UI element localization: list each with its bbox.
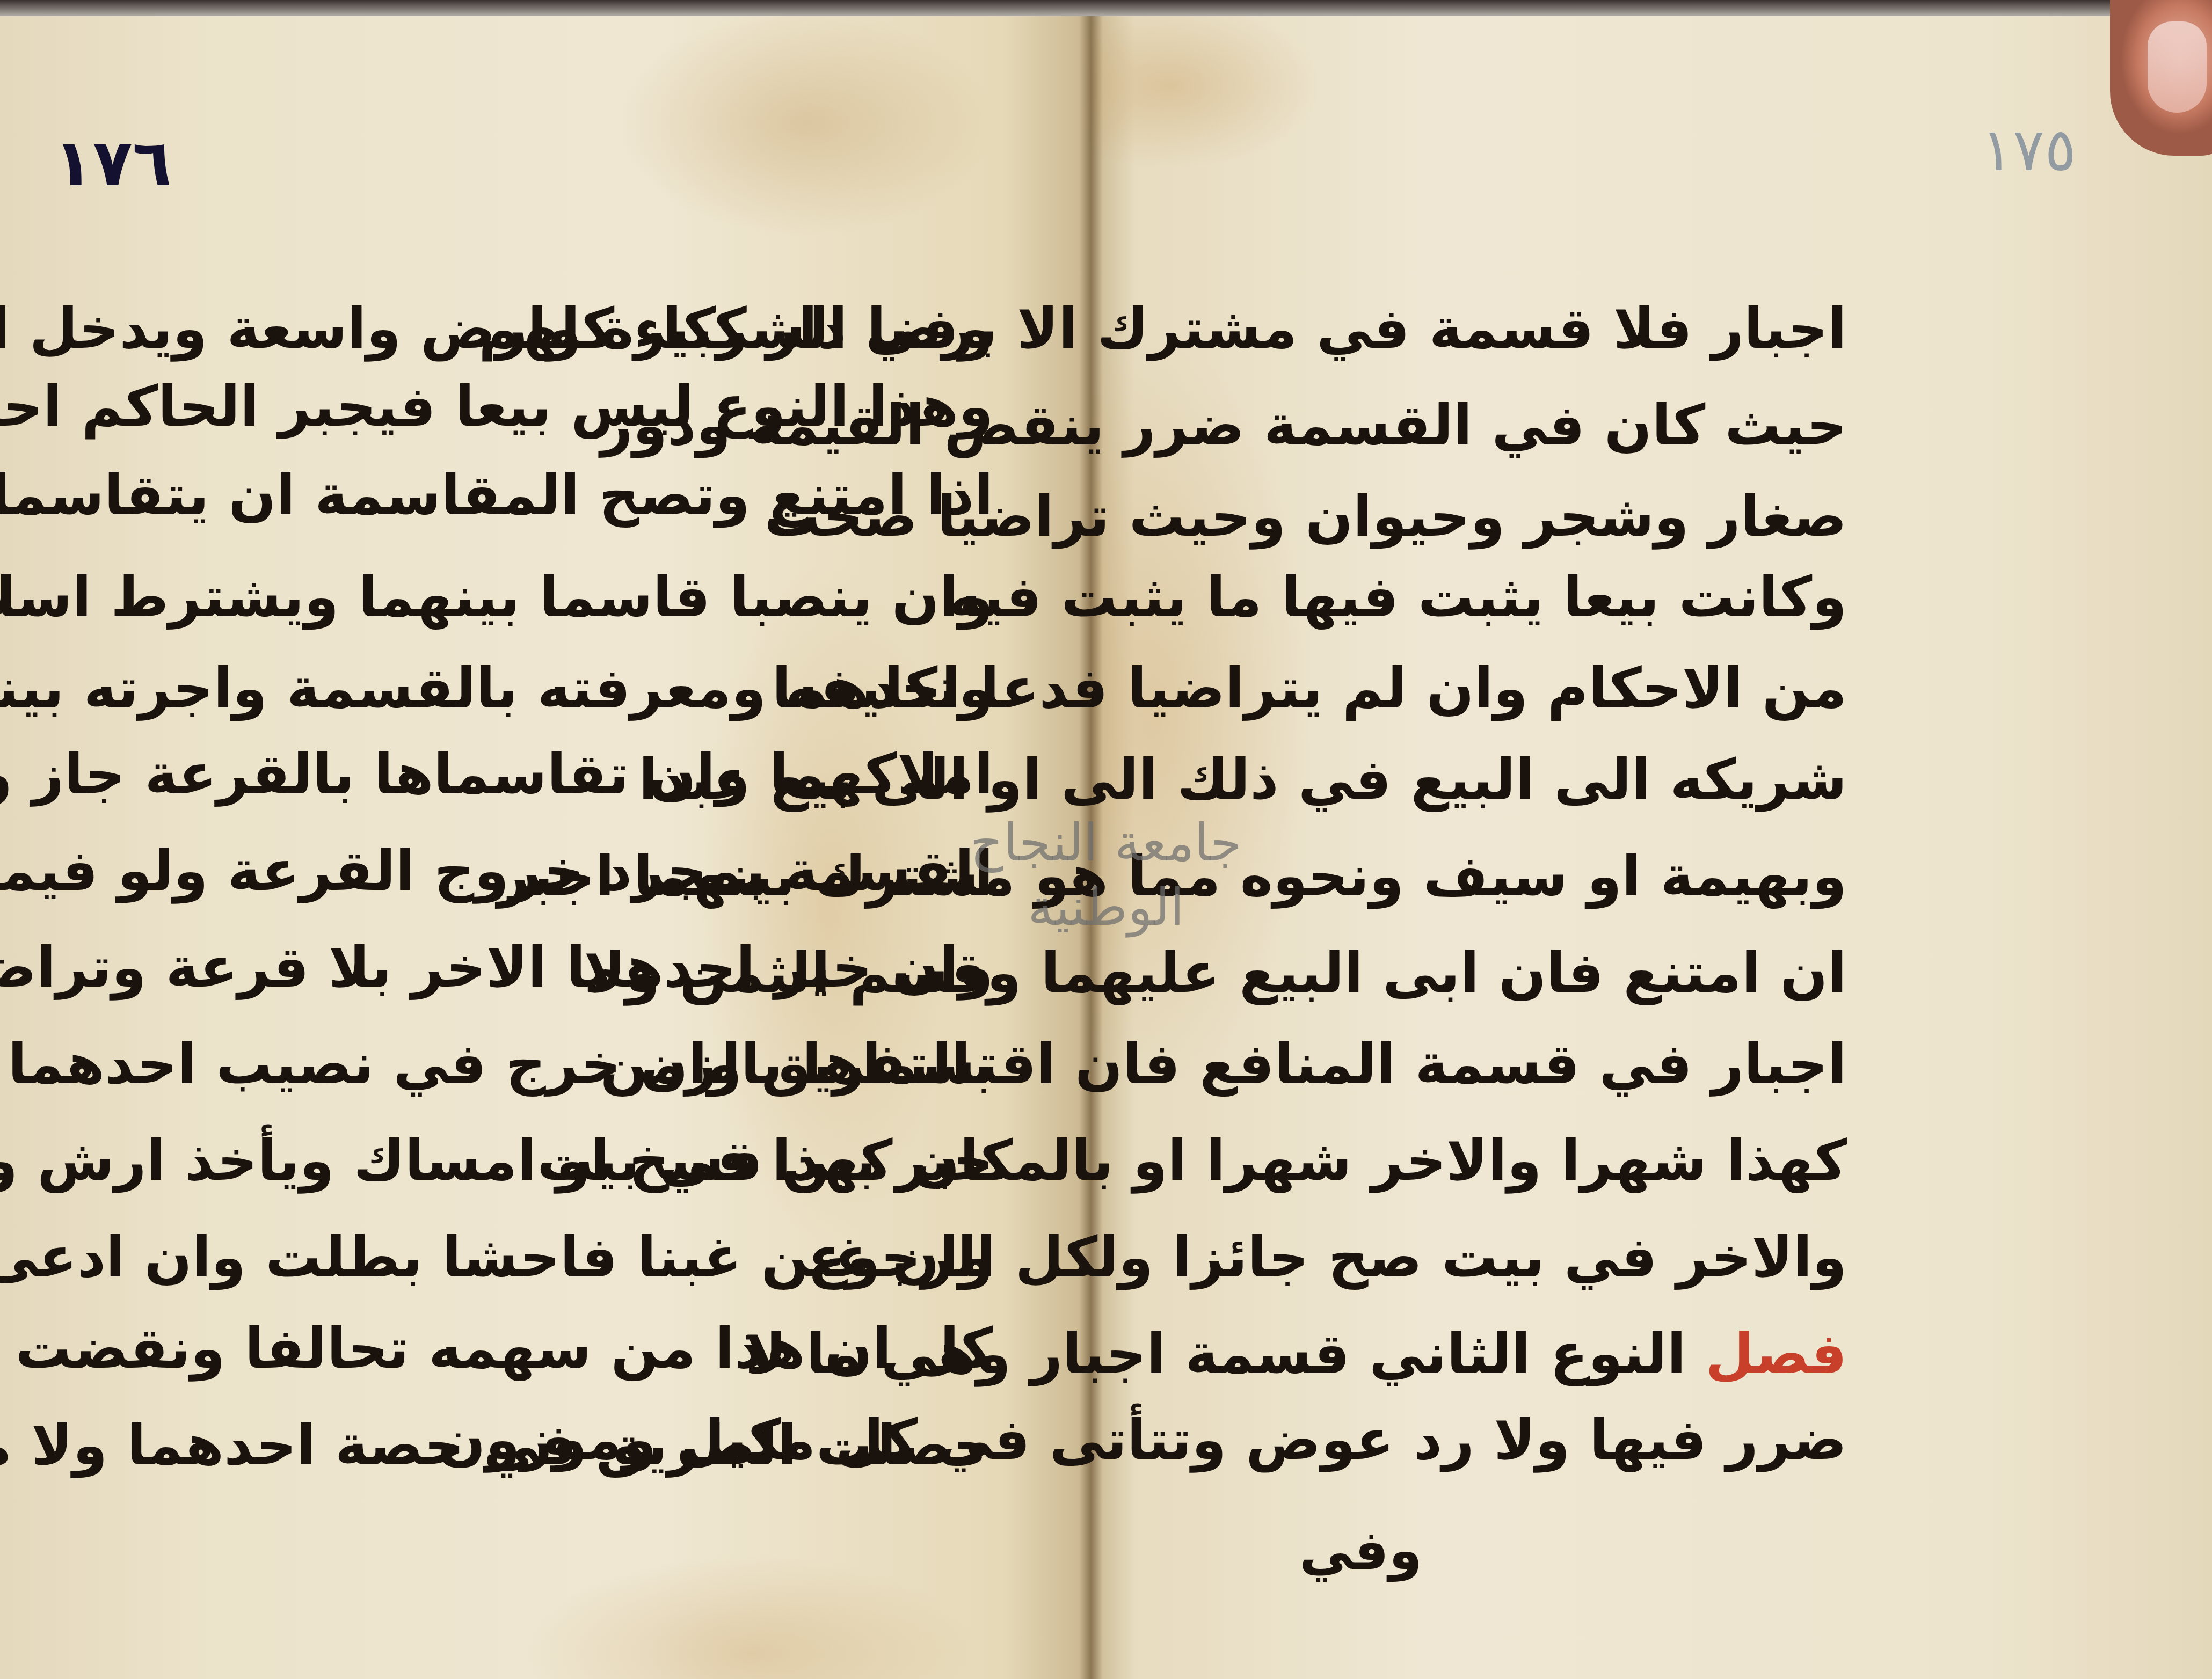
- text-line: ضرر فيها ولا رد عوض وتتأتى في كل مكيل وم…: [438, 1412, 1847, 1468]
- section-rubric: فصل: [1706, 1321, 1847, 1386]
- text-line: كهذا شهرا والاخر شهرا او بالمكان كهذا في…: [537, 1133, 1847, 1188]
- section-heading-line: فصل النوع الثاني قسمة اجبار وهي ما لا: [745, 1326, 1847, 1382]
- text-line: شريكه الى البيع في ذلك الى او الى بيع عب…: [639, 751, 1847, 807]
- thumbnail-nail: [2148, 21, 2207, 113]
- text-line: وان ينصبا قاسما بينهما ويشترط اسلامه وعد…: [0, 569, 993, 625]
- text-line: وكانت بيعا يثبت فيها ما يثبت فيه: [949, 569, 1847, 625]
- text-line: حيث كان في القسمة ضرر ينقص القيمة ودور: [601, 397, 1847, 453]
- text-line: اجبار في قسمة المنافع فان اقتسماها بالزم…: [600, 1036, 1847, 1092]
- text-line: اجبار فلا قسمة في مشترك الا برضا الشركاء…: [478, 301, 1847, 356]
- watermark: جامعة النجاح الوطنية: [934, 811, 1278, 875]
- text-line: والاخر في بيت صح جائزا ولكل الرجوع: [807, 1229, 1847, 1285]
- text-line: ان امتنع فان ابى البيع عليهما وقسم الثمن…: [584, 945, 1847, 1001]
- left-folio-number: ١٧٦: [54, 126, 172, 201]
- catchword: وفي: [1299, 1519, 1422, 1582]
- text-line: من الاحكام وان لم يتراضيا فدعا احدهما: [772, 660, 1847, 716]
- right-folio-number: ١٧٥: [1981, 115, 2076, 184]
- section-heading-text: النوع الثاني قسمة اجبار وهي ما لا: [745, 1321, 1686, 1386]
- text-line: صغار وشجر وحيوان وحيث تراضيا صحت: [765, 488, 1847, 544]
